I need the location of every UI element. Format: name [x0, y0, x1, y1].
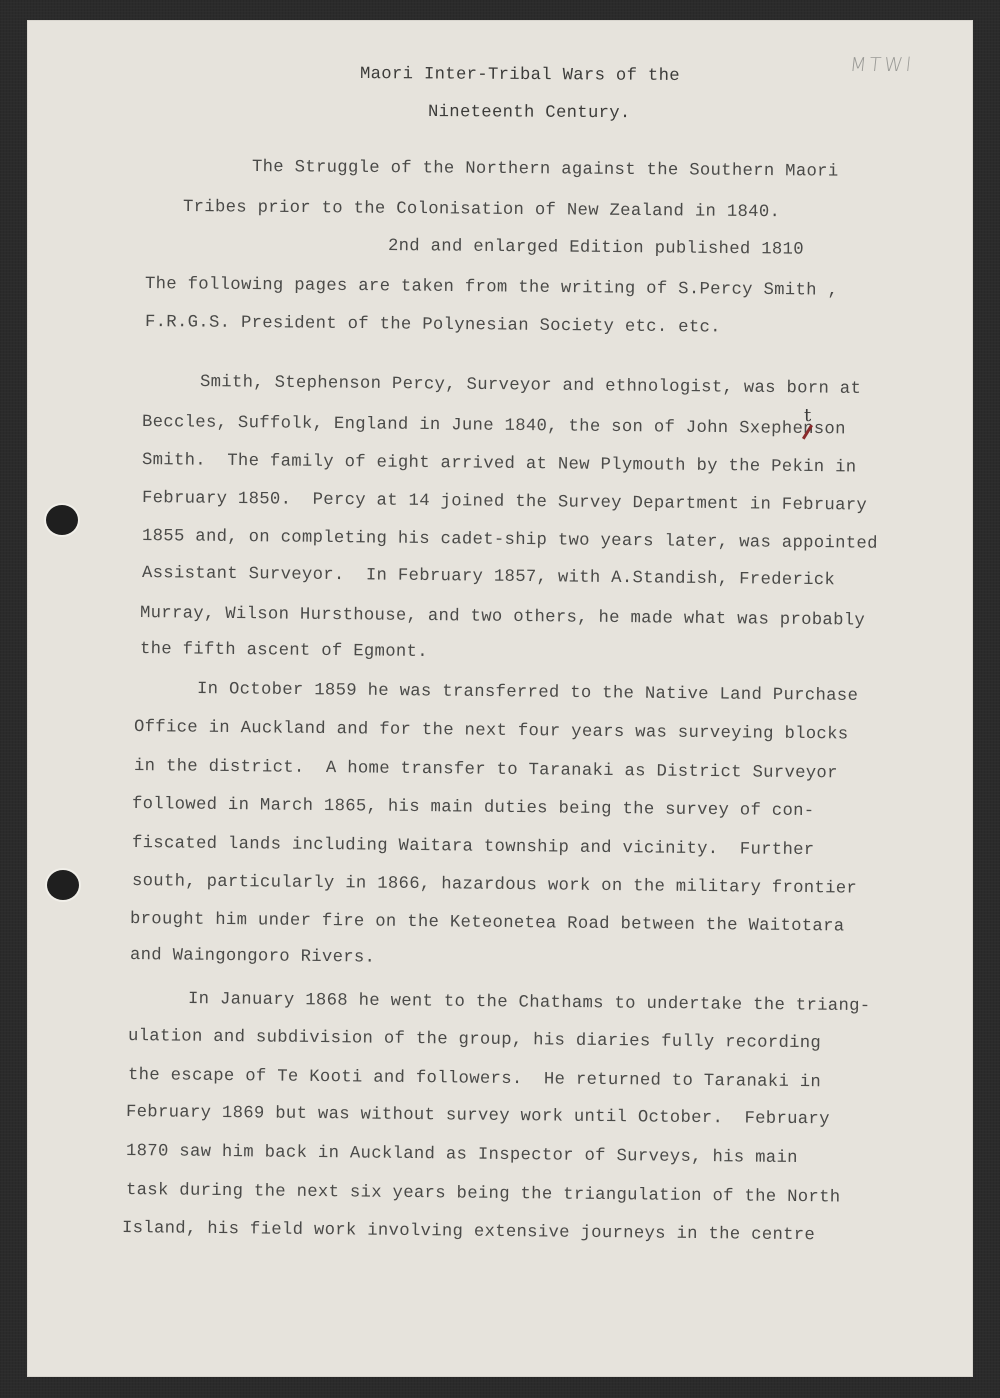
- punch-hole-lower: [47, 870, 79, 900]
- handwritten-correction-t: t: [804, 405, 811, 426]
- subtitle-line-3: 2nd and enlarged Edition published 1810: [388, 237, 804, 260]
- punch-hole-upper: [46, 505, 78, 535]
- handwritten-reference-note: MTWl: [849, 54, 915, 76]
- title-line-2: Nineteenth Century.: [428, 103, 631, 123]
- paragraph-1-line-8: the fifth ascent of Egmont.: [140, 640, 428, 662]
- paragraph-2-line-8: and Waingongoro Rivers.: [130, 946, 375, 968]
- title-line-1: Maori Inter-Tribal Wars of the: [360, 65, 680, 86]
